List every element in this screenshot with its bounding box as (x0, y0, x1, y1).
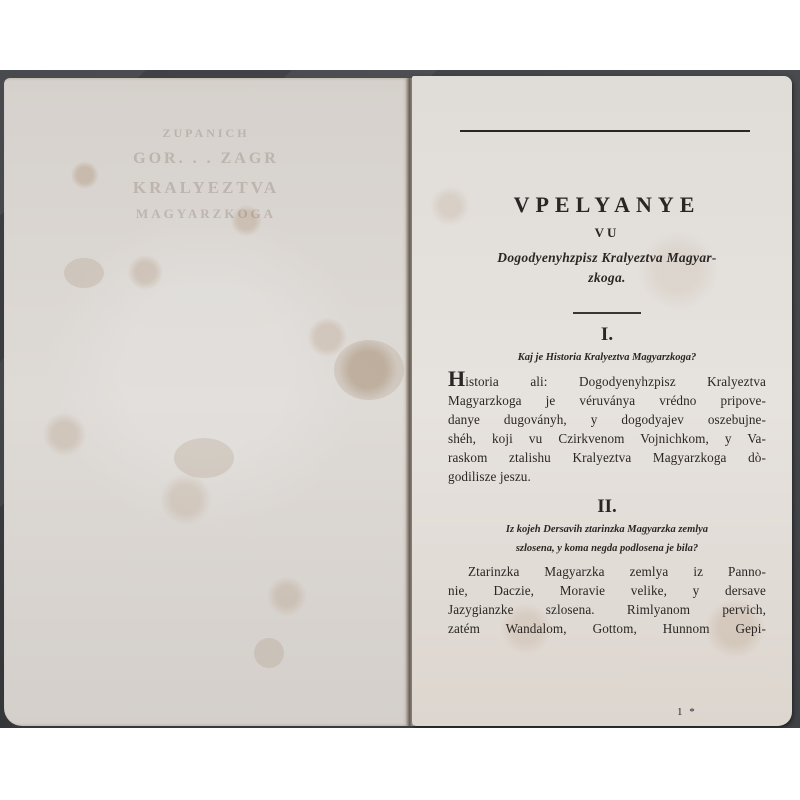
chapter-title: VPELYANYE (448, 192, 766, 218)
section-1: I. Kaj je Historia Kralyeztva Magyarzkog… (448, 324, 766, 486)
drop-cap: H (448, 366, 465, 391)
header-rule (460, 130, 750, 132)
page-content: VPELYANYE VU Dogodyenyhzpisz Kralyeztva … (448, 192, 766, 638)
section-question: Iz kojeh Dersavih ztarinzka Magyarzka ze… (448, 520, 766, 558)
foxing-spot (174, 438, 234, 478)
paragraph-line: danye dugoványh, y dogodyajev oszebujne- (448, 410, 766, 429)
paragraph-line: Magyarzkoga je véruványa vrédno pripove- (448, 391, 766, 410)
title-connector: VU (448, 224, 766, 242)
paragraph-line: zatém Wandalom, Gottom, Hunnom Gepi- (448, 619, 766, 638)
paragraph-line: istoria ali: Dogodyenyhzpisz Kralyeztva (465, 374, 766, 389)
question-line: szlosena, y koma negda podlosena je bila… (448, 539, 766, 558)
paragraph-line: shéh, koji vu Czirkvenom Vojnichkom, y V… (448, 429, 766, 448)
subtitle-line: Dogodyenyhzpisz Kralyeztva Magyar- (448, 248, 766, 268)
section-2: II. Iz kojeh Dersavih ztarinzka Magyarzk… (448, 496, 766, 638)
paragraph-line: godilisze jeszu. (448, 467, 766, 486)
book-photograph: ZUPANICH GOR. . . ZAGR KRALYEZTVA MAGYAR… (0, 70, 800, 728)
foxing-spot (254, 638, 284, 668)
bleed-through-line: MAGYARZKOGA (4, 206, 408, 222)
paragraph-line: Ztarinzka Magyarzka zemlya iz Panno- (448, 562, 766, 581)
section-paragraph: Historia ali: Dogodyenyhzpisz Kralyeztva… (448, 371, 766, 486)
paragraph-line: nie, Daczie, Moravie velike, y dersave (448, 581, 766, 600)
foxing-spot (64, 258, 104, 288)
section-divider (573, 312, 641, 314)
paragraph-line: Jazygianzke szlosena. Rimlyanom pervich, (448, 600, 766, 619)
left-page: ZUPANICH GOR. . . ZAGR KRALYEZTVA MAGYAR… (4, 78, 408, 726)
signature-mark: 1 * (677, 706, 697, 718)
right-page: VPELYANYE VU Dogodyenyhzpisz Kralyeztva … (412, 76, 792, 726)
section-question: Kaj je Historia Kralyeztva Magyarzkoga? (448, 348, 766, 367)
bleed-through-line: ZUPANICH (4, 126, 408, 141)
section-number: I. (448, 324, 766, 346)
bleed-through-line: KRALYEZTVA (4, 178, 408, 198)
bleed-through-line: GOR. . . ZAGR (4, 150, 408, 168)
section-paragraph: Ztarinzka Magyarzka zemlya iz Panno- nie… (448, 562, 766, 638)
subtitle-line: zkoga. (448, 268, 766, 288)
section-number: II. (448, 496, 766, 518)
paragraph-line: raskom ztalishu Kralyeztva Magyarzkoga d… (448, 448, 766, 467)
question-line: Iz kojeh Dersavih ztarinzka Magyarzka ze… (448, 520, 766, 539)
chapter-subtitle: Dogodyenyhzpisz Kralyeztva Magyar- zkoga… (448, 248, 766, 288)
water-stain (334, 340, 404, 400)
